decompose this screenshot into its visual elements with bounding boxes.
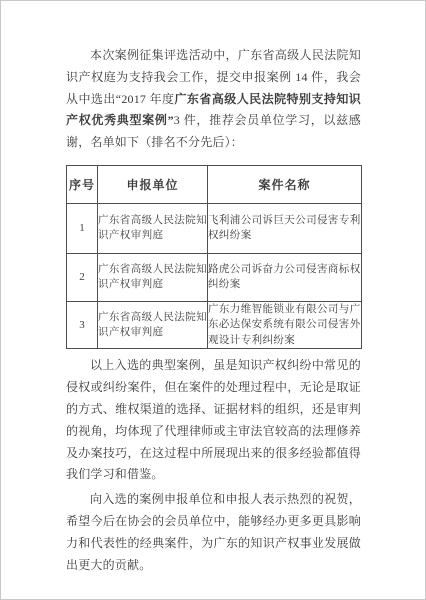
row-case: 路虎公司诉奋力公司侵害商标权纠纷案 [208,253,362,301]
row-number: 1 [67,203,98,253]
row-number: 3 [67,301,98,349]
table-header-row: 序号 申报单位 案件名称 [67,165,362,203]
row-unit: 广东省高级人民法院知识产权审判庭 [98,301,208,349]
table-row: 1 广东省高级人民法院知识产权审判庭 飞利浦公司诉巨天公司侵害专利权纠纷案 [67,203,362,253]
row-unit: 广东省高级人民法院知识产权审判庭 [98,203,208,253]
row-case: 飞利浦公司诉巨天公司侵害专利权纠纷案 [208,203,362,253]
document-page: 本次案例征集评选活动中，广东省高级人民法院知识产权庭为支持我会工作，提交申报案例… [0,0,426,600]
row-case: 广东力维智能锁业有限公司与广东必达保安系统有限公司侵害外观设计专利纠纷案 [208,301,362,349]
table-row: 2 广东省高级人民法院知识产权审判庭 路虎公司诉奋力公司侵害商标权纠纷案 [67,253,362,301]
congrats-paragraph: 向入选的案例申报单位和申报人表示热烈的祝贺，希望今后在协会的会员单位中，能够经办… [66,489,361,576]
cases-table: 序号 申报单位 案件名称 1 广东省高级人民法院知识产权审判庭 飞利浦公司诉巨天… [66,165,362,350]
table-header-case: 案件名称 [208,165,362,203]
table-header-no: 序号 [67,165,98,203]
document-content: 本次案例征集评选活动中，广东省高级人民法院知识产权庭为支持我会工作，提交申报案例… [66,45,361,576]
row-unit: 广东省高级人民法院知识产权审判庭 [98,253,208,301]
row-number: 2 [67,253,98,301]
table-row: 3 广东省高级人民法院知识产权审判庭 广东力维智能锁业有限公司与广东必达保安系统… [67,301,362,349]
commentary-paragraph: 以上入选的典型案例，虽是知识产权纠纷中常见的侵权或纠纷案件，但在案件的处理过程中… [66,355,361,486]
intro-paragraph: 本次案例征集评选活动中，广东省高级人民法院知识产权庭为支持我会工作，提交申报案例… [66,45,361,154]
table-header-unit: 申报单位 [98,165,208,203]
